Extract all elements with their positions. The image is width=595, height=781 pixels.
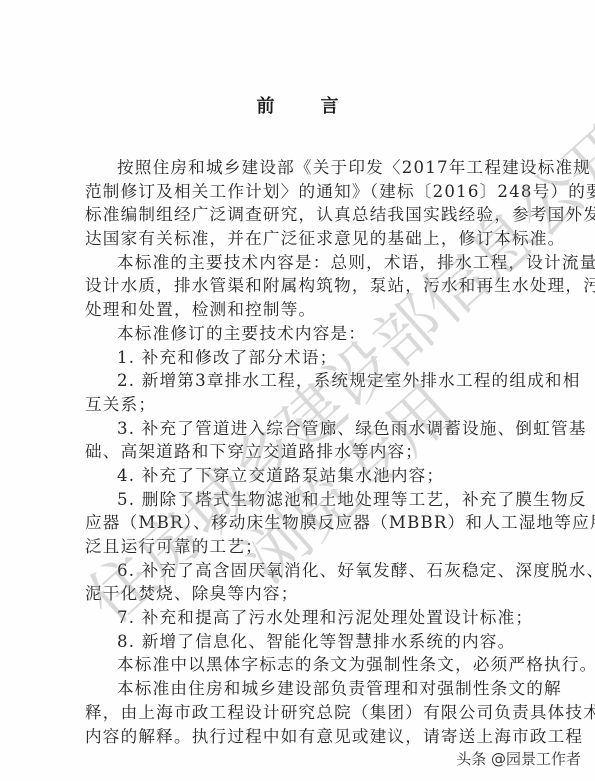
text-line: 6. 补充了高含固厌氧消化、好氧发酵、石灰稳定、深度脱水、污 <box>85 559 535 583</box>
title-char-1: 前 <box>257 92 275 118</box>
text-line: 释，由上海市政工程设计研究总院（集团）有限公司负责具体技术 <box>85 701 535 725</box>
text-line: 本标准的主要技术内容是：总则，术语，排水工程，设计流量和 <box>85 251 535 275</box>
text-line: 8. 新增了信息化、智能化等智慧排水系统的内容。 <box>85 630 535 654</box>
text-line: 按照住房和城乡建设部《关于印发〈2017年工程建设标准规 <box>85 156 535 180</box>
text-line: 1. 补充和修改了部分术语； <box>85 346 535 370</box>
text-line: 7. 补充和提高了污水处理和污泥处理处置设计标准； <box>85 606 535 630</box>
text-line: 本标准中以黑体字标志的条文为强制性条文，必须严格执行。 <box>85 653 535 677</box>
text-line: 应器（MBR）、移动床生物膜反应器（MBBR）和人工湿地等应用广 <box>85 511 535 535</box>
text-line: 内容的解释。执行过程中如有意见或建议，请寄送上海市政工程 <box>85 725 535 749</box>
text-line: 标准编制组经广泛调查研究，认真总结我国实践经验，参考国外发 <box>85 203 535 227</box>
page-title: 前言 <box>0 92 595 118</box>
preface-body: 按照住房和城乡建设部《关于印发〈2017年工程建设标准规 范制修订及相关工作计划… <box>85 156 535 748</box>
text-line: 泥干化焚烧、除臭等内容； <box>85 582 535 606</box>
text-line: 本标准修订的主要技术内容是： <box>85 322 535 346</box>
document-page: 前言 按照住房和城乡建设部《关于印发〈2017年工程建设标准规 范制修订及相关工… <box>0 0 595 781</box>
text-line: 本标准由住房和城乡建设部负责管理和对强制性条文的解 <box>85 677 535 701</box>
source-attribution: 头条 @园景工作者 <box>456 748 581 769</box>
text-line: 互关系； <box>85 393 535 417</box>
text-line: 2. 新增第3章排水工程，系统规定室外排水工程的组成和相 <box>85 369 535 393</box>
text-line: 范制修订及相关工作计划〉的通知》（建标〔2016〕248号）的要求， <box>85 180 535 204</box>
text-line: 设计水质，排水管渠和附属构筑物，泵站，污水和再生水处理，污泥 <box>85 274 535 298</box>
text-line: 处理和处置，检测和控制等。 <box>85 298 535 322</box>
title-char-2: 言 <box>321 92 339 118</box>
text-line: 3. 补充了管道进入综合管廊、绿色雨水调蓄设施、倒虹管基 <box>85 417 535 441</box>
text-line: 4. 补充了下穿立交道路泵站集水池内容； <box>85 464 535 488</box>
text-line: 5. 删除了塔式生物滤池和土地处理等工艺，补充了膜生物反 <box>85 488 535 512</box>
text-line: 础、高架道路和下穿立交道路排水等内容； <box>85 440 535 464</box>
text-line: 达国家有关标准，并在广泛征求意见的基础上，修订本标准。 <box>85 227 535 251</box>
text-line: 泛且运行可靠的工艺； <box>85 535 535 559</box>
